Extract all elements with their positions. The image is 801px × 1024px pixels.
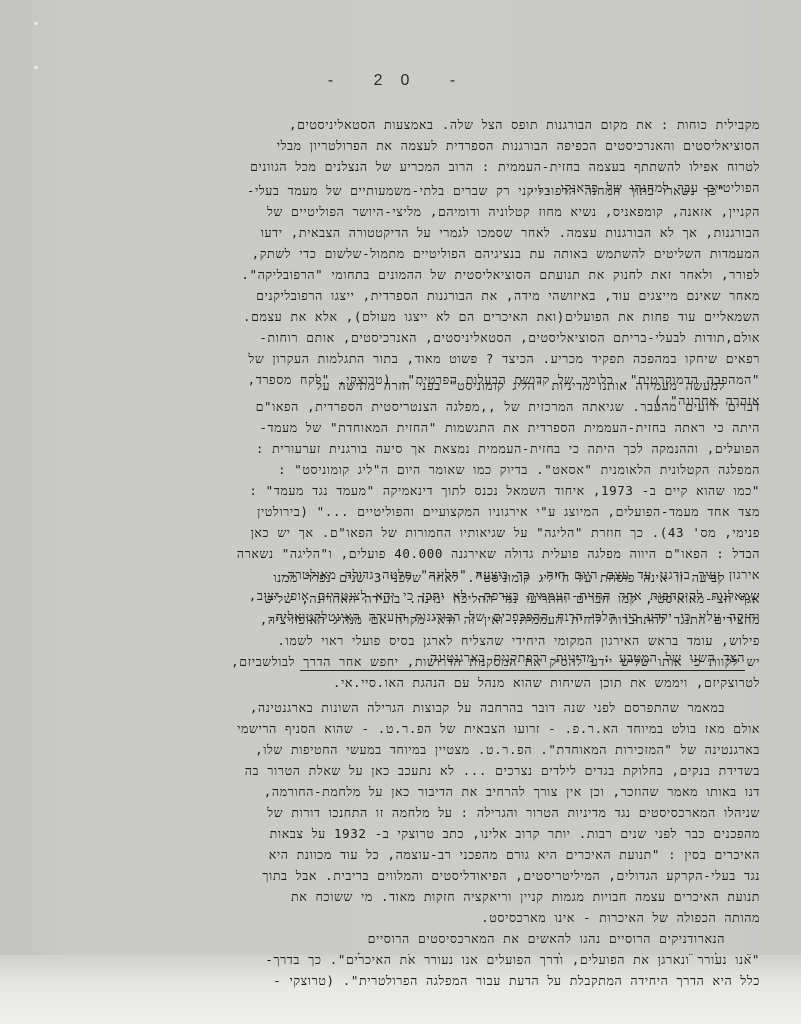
text-line: במאמר שהתפרסם לפני שנה דובר בהרחבה על קב… bbox=[80, 697, 760, 718]
text-line: קביעה זו אינה פוסחת על ה"ליג קומוניסט". … bbox=[80, 567, 760, 588]
text-line: פילוש, עומד בראש האירגון המקומי היחידי ש… bbox=[80, 630, 760, 651]
text-line: הבורגנות, אך לא הבורגנות עצמה. לאחר שסמכ… bbox=[80, 222, 760, 243]
text-line: המפלגה הקטלונית הלאומנית "אסאט". בדיוק כ… bbox=[80, 459, 760, 480]
text-line: מהפכנים כבר לפני שנים רבות. יותר קרוב אל… bbox=[80, 823, 760, 844]
page-bottom-shadow: "אנו נעורר ונארגן את הפועלים, ודרך הפועל… bbox=[0, 955, 801, 1024]
typewritten-page: - 20 - מקבילית כוחות : את מקום הבורגנות … bbox=[0, 0, 801, 975]
text-line: "כך נשארו בתוך המחנה הרפובליקני רק שברים… bbox=[80, 180, 760, 201]
text-line: לפורר, ולאחר זאת לחנוק את תנועתם הסוציאל… bbox=[80, 264, 760, 285]
text-line: היתה כי ראתה בחזית-העממית הספרדית את התג… bbox=[80, 417, 760, 438]
text-line: בארגנטינה של "המזכירות המאוחדת". הפ.ר.ט.… bbox=[80, 739, 760, 760]
text-line: "כמו שהוא קיים ב- 1973, איחוד השמאל נכנס… bbox=[80, 480, 760, 501]
text-line: אולם,תודות לבעלי-בריתם הסוציאליסטים, הסט… bbox=[80, 327, 760, 348]
text-line: האיכרים בסין : "תנועת האיכרים היא גורם מ… bbox=[80, 844, 760, 865]
text-line: תנועת האיכרים עצמה חבויות מגמות קניין ור… bbox=[80, 886, 760, 907]
text-line: דברים ידועים מהעבר. שגיאתה המרכזית של ,,… bbox=[80, 396, 760, 417]
text-line: רפאים שיחקו במהפכה תפקיד מכריע. הכיצד ? … bbox=[80, 348, 760, 369]
text-line: השמאליים עוד פחות את הפועלים(ואת האיכרים… bbox=[80, 306, 760, 327]
text-line: מקבילית כוחות : את מקום הבורגנות תופס הצ… bbox=[80, 114, 760, 135]
text-line: מהצירים התנגד להתחברות לחזית-העממית. ואי… bbox=[80, 609, 760, 630]
text-line: הפועלים, וההנמקה לכך היתה כי בחזית-העממי… bbox=[80, 438, 760, 459]
paper-mark bbox=[34, 66, 38, 69]
text-line: הנארודניקים הרוסיים נהגו להאשים את המארכ… bbox=[80, 928, 760, 949]
paragraph-6-tail: "אנו נעורר ונארגן את הפועלים, ודרך הפועל… bbox=[80, 949, 760, 991]
paragraph-4: קביעה זו אינה פוסחת על ה"ליג קומוניסט". … bbox=[80, 567, 760, 693]
text-line: לטרוח אפילו להשתתף בעצמה בחזית-העממית : … bbox=[80, 156, 760, 177]
text-line: מהותה הכפולה של האיכרות - אינו מארכסיסט. bbox=[80, 907, 760, 928]
text-line: פנימי, מס' 43). כך חוזרת "הליגה" על שגיא… bbox=[80, 522, 760, 543]
paragraph-6: הנארודניקים הרוסיים נהגו להאשים את המארכ… bbox=[80, 928, 760, 949]
text-line: אגף חצי-מאואיסטי, קמו חברים והתריעו נגד … bbox=[80, 588, 760, 609]
text-line: הסוציאליסטים והאנרכיסטים הכפיפה הבורגנות… bbox=[80, 135, 760, 156]
section-heading: הצד השני של המטבע : מדיניות הרפתקנית באר… bbox=[300, 650, 745, 671]
text-line: המעמדות השליטים להשתמש באותה עת בנציגיהם… bbox=[80, 243, 760, 264]
text-line: הבדל : הפאו"ם היווה מפלגה פועלית גדולה ש… bbox=[80, 543, 760, 564]
text-line: דנו באותו מאמר שהוזכר, וכן אין צורך להרח… bbox=[80, 781, 760, 802]
text-line: מאחר שאינם מייצגים עוד, באיזושהי מידה, א… bbox=[80, 285, 760, 306]
paper-mark bbox=[34, 22, 38, 25]
text-line: נגד בעלי-הקרקע הגדולים, המיליטריסטים, הפ… bbox=[80, 865, 760, 886]
text-line: מצד אחד מעמד-הפועלים, המיוצג ע"י אירגוני… bbox=[80, 501, 760, 522]
text-line: אולם מאז בולט במיוחד הא.ר.פ. - זרועו הצב… bbox=[80, 718, 760, 739]
page-number: - 20 - bbox=[0, 72, 801, 90]
text-line: שניהלו המארכסיסטים נגד מדיניות הטרור והג… bbox=[80, 802, 760, 823]
text-line: "אנו נעורר ונארגן את הפועלים, ודרך הפועל… bbox=[80, 949, 760, 970]
text-line: הקניין, אזאנה, קומפאניס, נשיא מחוז קטלונ… bbox=[80, 201, 760, 222]
text-line: בשדידת בנקים, בחלוקת בגדים לילדים נצרכים… bbox=[80, 760, 760, 781]
text-line: לטרוצקיזם, ויממש את תוכן השיחות שהוא מנה… bbox=[80, 672, 760, 693]
text-line: למעשה מעמידה אותנו מדיניות "הליג קומוניס… bbox=[80, 375, 760, 396]
paragraph-5: במאמר שהתפרסם לפני שנה דובר בהרחבה על קב… bbox=[80, 697, 760, 928]
text-line: כלל היא הדרך היחידה המתקבלת על הדעת עבור… bbox=[80, 970, 760, 991]
